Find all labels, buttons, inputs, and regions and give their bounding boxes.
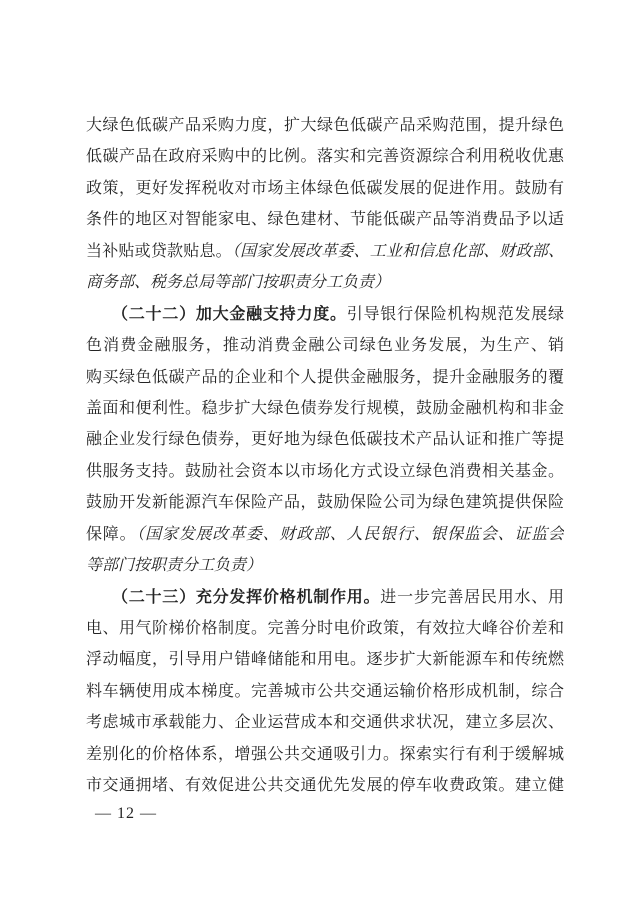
text-line: 当补贴或贷款贴息。（国家发展改革委、工业和信息化部、财政部、 bbox=[86, 236, 564, 267]
text-line: 色消费金融服务，推动消费金融公司绿色业务发展，为生产、销售、 bbox=[86, 330, 564, 361]
text-block: 大绿色低碳产品采购力度，扩大绿色低碳产品采购范围，提升绿色低碳产品在政府采购中的… bbox=[86, 110, 564, 802]
department-attribution: （国家发展改革委、工业和信息化部、财政部、 bbox=[232, 243, 564, 260]
text-line: 考虑城市承载能力、企业运营成本和交通供求状况，建立多层次、 bbox=[86, 707, 564, 738]
text-line: 等部门按职责分工负责） bbox=[86, 550, 564, 581]
page-number: — 12 — bbox=[95, 805, 157, 823]
body-text: 市交通拥堵、有效促进公共交通优先发展的停车收费政策。建立健 bbox=[86, 777, 564, 794]
text-line: 融企业发行绿色债券，更好地为绿色低碳技术产品认证和推广等提 bbox=[86, 424, 564, 455]
body-text: 电、用气阶梯价格制度。完善分时电价政策，有效拉大峰谷价差和 bbox=[86, 620, 564, 637]
text-line: 购买绿色低碳产品的企业和个人提供金融服务，提升金融服务的覆 bbox=[86, 362, 564, 393]
text-line: 政策，更好发挥税收对市场主体绿色低碳发展的促进作用。鼓励有 bbox=[86, 173, 564, 204]
text-line: 料车辆使用成本梯度。完善城市公共交通运输价格形成机制，综合 bbox=[86, 676, 564, 707]
body-text: 鼓励开发新能源汽车保险产品，鼓励保险公司为绿色建筑提供保险 bbox=[86, 494, 564, 511]
body-text: 大绿色低碳产品采购力度，扩大绿色低碳产品采购范围，提升绿色 bbox=[86, 117, 564, 134]
text-line: 供服务支持。鼓励社会资本以市场化方式设立绿色消费相关基金。 bbox=[86, 456, 564, 487]
text-line: 大绿色低碳产品采购力度，扩大绿色低碳产品采购范围，提升绿色 bbox=[86, 110, 564, 141]
body-text: 低碳产品在政府采购中的比例。落实和完善资源综合利用税收优惠 bbox=[86, 148, 564, 165]
text-line: 电、用气阶梯价格制度。完善分时电价政策，有效拉大峰谷价差和 bbox=[86, 613, 564, 644]
text-line: （二十二）加大金融支持力度。引导银行保险机构规范发展绿 bbox=[86, 299, 564, 330]
section-heading: （二十二）加大金融支持力度。 bbox=[112, 306, 347, 323]
text-line: 盖面和便利性。稳步扩大绿色债券发行规模，鼓励金融机构和非金 bbox=[86, 393, 564, 424]
body-text: 当补贴或贷款贴息。 bbox=[86, 243, 232, 260]
text-line: （二十三）充分发挥价格机制作用。进一步完善居民用水、用 bbox=[86, 582, 564, 613]
body-text: 考虑城市承载能力、企业运营成本和交通供求状况，建立多层次、 bbox=[86, 714, 564, 731]
body-text: 供服务支持。鼓励社会资本以市场化方式设立绿色消费相关基金。 bbox=[86, 463, 564, 480]
body-text: 料车辆使用成本梯度。完善城市公共交通运输价格形成机制，综合 bbox=[86, 683, 564, 700]
text-line: 市交通拥堵、有效促进公共交通优先发展的停车收费政策。建立健 bbox=[86, 770, 564, 801]
body-text: 政策，更好发挥税收对市场主体绿色低碳发展的促进作用。鼓励有 bbox=[86, 180, 564, 197]
body-text: 浮动幅度，引导用户错峰储能和用电。逐步扩大新能源车和传统燃 bbox=[86, 651, 564, 668]
body-text: 盖面和便利性。稳步扩大绿色债券发行规模，鼓励金融机构和非金 bbox=[86, 400, 564, 417]
text-line: 低碳产品在政府采购中的比例。落实和完善资源综合利用税收优惠 bbox=[86, 141, 564, 172]
department-attribution: 商务部、税务总局等部门按职责分工负责） bbox=[86, 274, 390, 291]
text-line: 条件的地区对智能家电、绿色建材、节能低碳产品等消费品予以适 bbox=[86, 204, 564, 235]
text-line: 差别化的价格体系，增强公共交通吸引力。探索实行有利于缓解城 bbox=[86, 739, 564, 770]
body-text: 引导银行保险机构规范发展绿 bbox=[347, 306, 564, 323]
text-line: 商务部、税务总局等部门按职责分工负责） bbox=[86, 267, 564, 298]
body-text: 保障。 bbox=[86, 526, 136, 543]
body-text: 差别化的价格体系，增强公共交通吸引力。探索实行有利于缓解城 bbox=[86, 746, 564, 763]
body-text: 购买绿色低碳产品的企业和个人提供金融服务，提升金融服务的覆 bbox=[86, 369, 564, 386]
department-attribution: 等部门按职责分工负责） bbox=[86, 557, 262, 574]
section-heading: （二十三）充分发挥价格机制作用。 bbox=[112, 589, 380, 606]
body-text: 融企业发行绿色债券，更好地为绿色低碳技术产品认证和推广等提 bbox=[86, 431, 564, 448]
text-line: 保障。（国家发展改革委、财政部、人民银行、银保监会、证监会 bbox=[86, 519, 564, 550]
text-line: 鼓励开发新能源汽车保险产品，鼓励保险公司为绿色建筑提供保险 bbox=[86, 487, 564, 518]
text-line: 浮动幅度，引导用户错峰储能和用电。逐步扩大新能源车和传统燃 bbox=[86, 644, 564, 675]
document-page: 大绿色低碳产品采购力度，扩大绿色低碳产品采购范围，提升绿色低碳产品在政府采购中的… bbox=[0, 0, 640, 905]
department-attribution: （国家发展改革委、财政部、人民银行、银保监会、证监会 bbox=[136, 526, 564, 543]
body-text: 色消费金融服务，推动消费金融公司绿色业务发展，为生产、销售、 bbox=[86, 337, 564, 361]
body-text: 条件的地区对智能家电、绿色建材、节能低碳产品等消费品予以适 bbox=[86, 211, 564, 228]
body-text: 进一步完善居民用水、用 bbox=[380, 589, 564, 606]
